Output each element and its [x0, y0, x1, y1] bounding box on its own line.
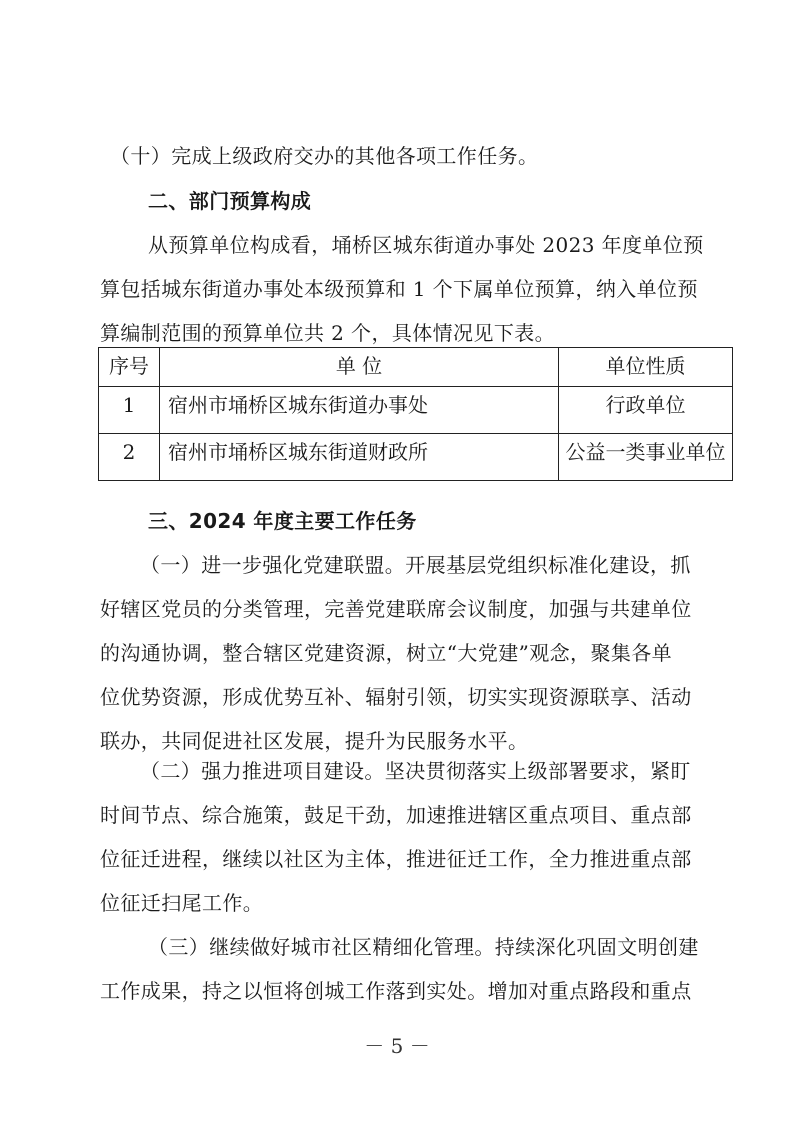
paragraph-line: 好辖区党员的分类管理，完善党建联席会议制度，加强与共建单位 — [100, 595, 692, 623]
paragraph-line: 位征迁扫尾工作。 — [100, 889, 263, 917]
cell-index: 1 — [99, 387, 160, 434]
header-unit-type: 单位性质 — [559, 348, 733, 387]
section-heading-2024-tasks: 三、2024 年度主要工作任务 — [148, 507, 417, 535]
page-number: － 5 － — [0, 1030, 794, 1059]
paragraph-line: 时间节点、综合施策，鼓足干劲，加速推进辖区重点项目、重点部 — [100, 801, 692, 829]
header-unit: 单 位 — [160, 348, 559, 387]
paragraph-line: （三）继续做好城市社区精细化管理。持续深化巩固文明创建 — [148, 933, 699, 961]
paragraph-line: 位征迁进程，继续以社区为主体，推进征迁工作，全力推进重点部 — [100, 845, 692, 873]
table-header-row: 序号 单 位 单位性质 — [99, 348, 733, 387]
paragraph-line: 从预算单位构成看，埇桥区城东街道办事处 2023 年度单位预 — [148, 231, 704, 259]
budget-units-table: 序号 单 位 单位性质 1 宿州市埇桥区城东街道办事处 行政单位 2 宿州市埇桥… — [98, 347, 733, 481]
paragraph-line: （十）完成上级政府交办的其他各项工作任务。 — [110, 142, 538, 170]
cell-unit-type: 行政单位 — [559, 387, 733, 434]
cell-unit: 宿州市埇桥区城东街道办事处 — [160, 387, 559, 434]
paragraph-line: （一）进一步强化党建联盟。开展基层党组织标准化建设，抓 — [140, 551, 691, 579]
paragraph-line: 联办，共同促进社区发展，提升为民服务水平。 — [100, 727, 528, 755]
paragraph-line: （二）强力推进项目建设。坚决贯彻落实上级部署要求，紧盯 — [140, 757, 691, 785]
paragraph-line: 工作成果，持之以恒将创城工作落到实处。增加对重点路段和重点 — [100, 977, 692, 1005]
section-heading-budget-composition: 二、部门预算构成 — [148, 187, 311, 215]
paragraph-line: 算包括城东街道办事处本级预算和 1 个下属单位预算，纳入单位预 — [100, 275, 698, 303]
cell-unit: 宿州市埇桥区城东街道财政所 — [160, 434, 559, 481]
paragraph-line: 算编制范围的预算单位共 2 个，具体情况见下表。 — [100, 319, 555, 347]
paragraph-line: 位优势资源，形成优势互补、辐射引领，切实实现资源联享、活动 — [100, 683, 692, 711]
table-row: 2 宿州市埇桥区城东街道财政所 公益一类事业单位 — [99, 434, 733, 481]
cell-unit-type: 公益一类事业单位 — [559, 434, 733, 481]
table-row: 1 宿州市埇桥区城东街道办事处 行政单位 — [99, 387, 733, 434]
paragraph-line: 的沟通协调，整合辖区党建资源，树立“大党建”观念，聚集各单 — [100, 639, 672, 667]
header-index: 序号 — [99, 348, 160, 387]
cell-index: 2 — [99, 434, 160, 481]
